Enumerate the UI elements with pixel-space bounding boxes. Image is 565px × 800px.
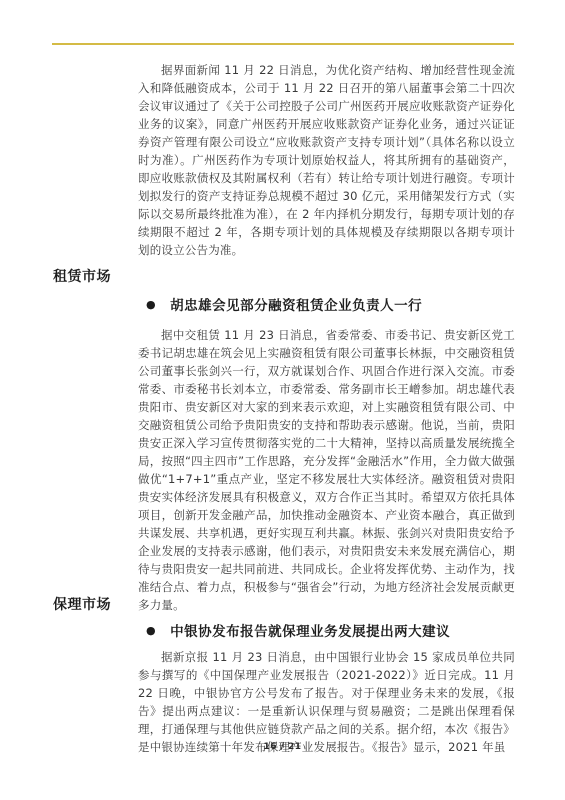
article-title-text: 中银协发布报告就保理业务发展提出两大建议	[170, 620, 450, 640]
article-heading-factoring: ● 中银协发布报告就保理业务发展提出两大建议	[146, 620, 450, 640]
bullet-icon: ●	[146, 624, 156, 637]
bullet-icon: ●	[146, 298, 156, 311]
leasing-article-paragraph: 据中交租赁 11 月 23 日消息，省委常委、市委书记、贵安新区党工委书记胡忠雄…	[138, 326, 515, 614]
document-page: 据界面新闻 11 月 22 日消息，为优化资产结构、增加经营性现金流入和降低融资…	[0, 0, 565, 800]
intro-paragraph: 据界面新闻 11 月 22 日消息，为优化资产结构、增加经营性现金流入和降低融资…	[138, 61, 515, 259]
page-number: 16 / 21	[0, 742, 565, 752]
section-title-leasing-market: 租赁市场	[53, 266, 111, 286]
article-title-text: 胡忠雄会见部分融资租赁企业负责人一行	[170, 294, 422, 314]
section-title-factoring-market: 保理市场	[53, 594, 111, 614]
article-heading-leasing: ● 胡忠雄会见部分融资租赁企业负责人一行	[146, 294, 422, 314]
factoring-article-paragraph: 据新京报 11 月 23 日消息，由中国银行业协会 15 家成员单位共同参与撰写…	[138, 648, 515, 756]
section-divider-rule	[52, 43, 514, 45]
